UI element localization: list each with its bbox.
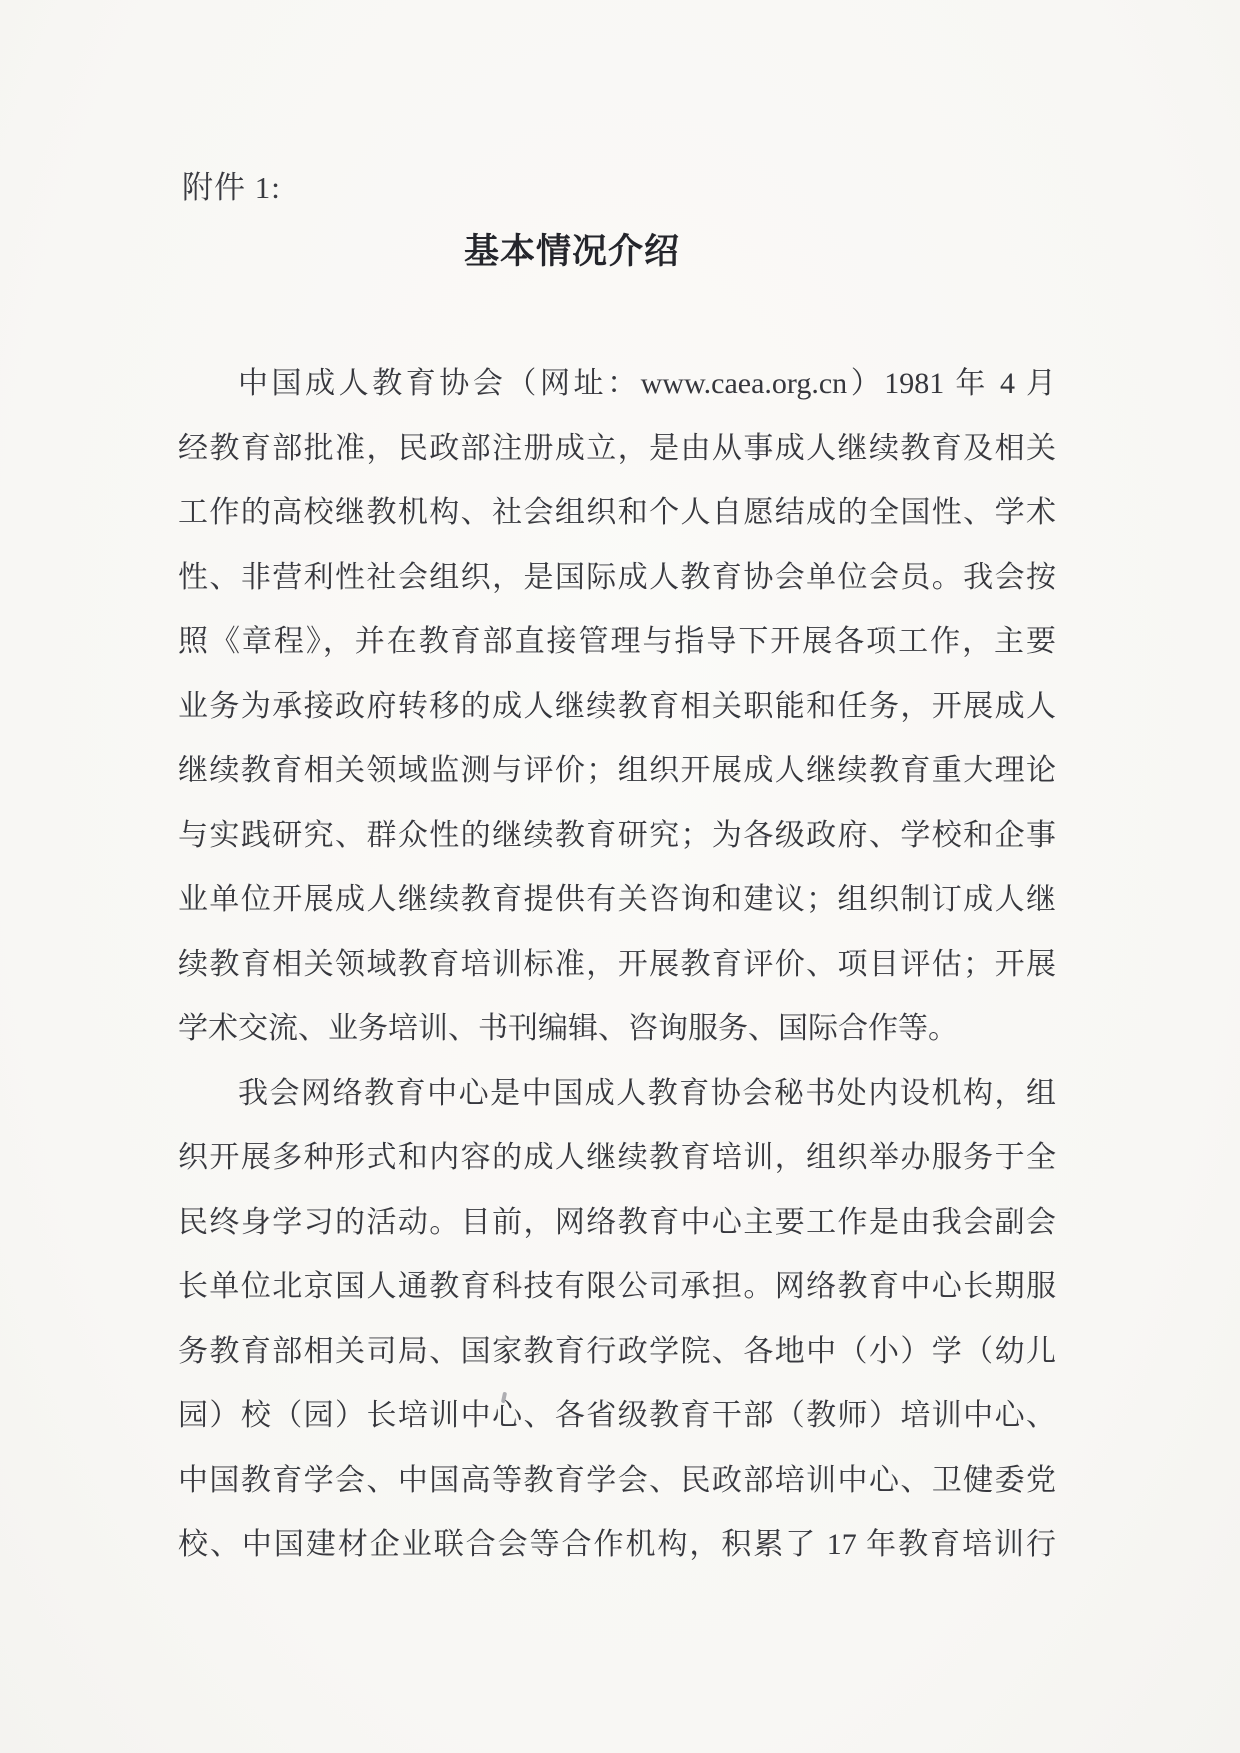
text-line: 学术交流、业务培训、书刊编辑、咨询服务、国际合作等。 <box>178 997 1056 1062</box>
text-line: 照《章程》，并在教育部直接管理与指导下开展各项工作，主要 <box>178 610 1056 675</box>
text-line: 校、中国建材企业联合会等合作机构，积累了 17 年教育培训行 <box>178 1513 1056 1578</box>
text-line: 经教育部批准，民政部注册成立，是由从事成人继续教育及相关 <box>178 417 1056 482</box>
text-line: 务教育部相关司局、国家教育行政学院、各地中（小）学（幼儿 <box>178 1320 1056 1385</box>
page-title: 基本情况介绍 <box>133 231 1011 273</box>
text-line: 业务为承接政府转移的成人继续教育相关职能和任务，开展成人 <box>178 675 1056 740</box>
text-line: 中国教育学会、中国高等教育学会、民政部培训中心、卫健委党 <box>178 1449 1056 1514</box>
text-line: 与实践研究、群众性的继续教育研究；为各级政府、学校和企事 <box>178 804 1056 869</box>
text-line: 园）校（园）长培训中心、各省级教育干部（教师）培训中心、 <box>178 1384 1056 1449</box>
attachment-label: 附件 1: <box>182 170 281 206</box>
text-line: 民终身学习的活动。目前，网络教育中心主要工作是由我会副会 <box>178 1191 1056 1256</box>
text-line: 我会网络教育中心是中国成人教育协会秘书处内设机构，组 <box>178 1062 1056 1127</box>
text-line: 继续教育相关领域监测与评价；组织开展成人继续教育重大理论 <box>178 739 1056 804</box>
text-line: 织开展多种形式和内容的成人继续教育培训，组织举办服务于全 <box>178 1126 1056 1191</box>
text-line: 性、非营利性社会组织，是国际成人教育协会单位会员。我会按 <box>178 546 1056 611</box>
paragraph: 中国成人教育协会（网址：www.caea.org.cn）1981 年 4 月经教… <box>178 352 1056 1062</box>
text-line: 工作的高校继教机构、社会组织和个人自愿结成的全国性、学术 <box>178 481 1056 546</box>
text-line: 长单位北京国人通教育科技有限公司承担。网络教育中心长期服 <box>178 1255 1056 1320</box>
document-body: 中国成人教育协会（网址：www.caea.org.cn）1981 年 4 月经教… <box>178 352 1056 1578</box>
text-line: 续教育相关领域教育培训标准，开展教育评价、项目评估；开展 <box>178 933 1056 998</box>
paragraph: 我会网络教育中心是中国成人教育协会秘书处内设机构，组织开展多种形式和内容的成人继… <box>178 1062 1056 1578</box>
scanned-document-page: 附件 1: 基本情况介绍 中国成人教育协会（网址：www.caea.org.cn… <box>0 0 1240 1753</box>
text-line: 业单位开展成人继续教育提供有关咨询和建议；组织制订成人继 <box>178 868 1056 933</box>
text-line: 中国成人教育协会（网址：www.caea.org.cn）1981 年 4 月 <box>178 352 1056 417</box>
